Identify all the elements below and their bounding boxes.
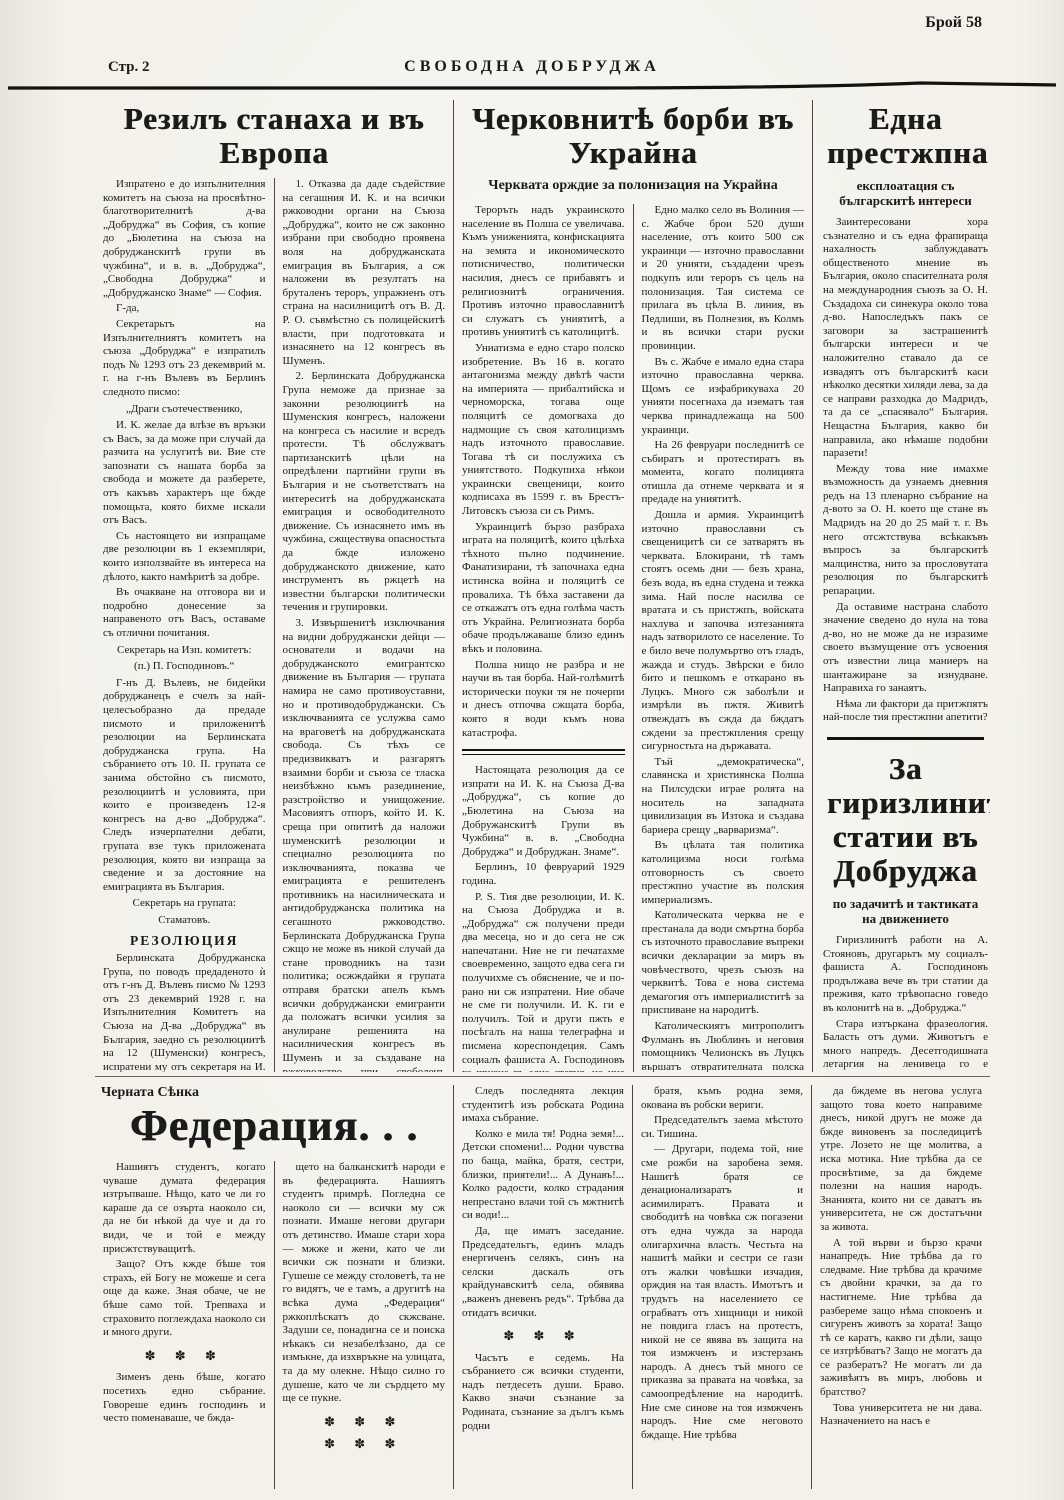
exploitation-body: Заинтересовани хора съзнателно и съ една… xyxy=(823,216,988,727)
paragraph: (п.) П. Господиновъ.“ xyxy=(103,660,266,674)
paragraph: братя, къмъ родна земя, окована въ робск… xyxy=(641,1085,803,1112)
federation-kicker: Черната Сѣнка xyxy=(101,1085,453,1101)
header-rule xyxy=(0,80,1064,94)
federation-col2: щето на балканскитѣ народи е въ федераци… xyxy=(274,1161,454,1489)
federation-col1: Нашиятъ студентъ, когато чуваше думата ф… xyxy=(95,1161,274,1489)
paragraph: ✽ ✽ ✽ xyxy=(103,1349,266,1363)
paragraph: РЕЗОЛЮЦИЯ xyxy=(103,934,266,948)
paragraph: Г-да, xyxy=(103,302,266,316)
federation-headline: Федерация. . . xyxy=(95,1103,453,1149)
page-header: Стр. 2 СВОБОДНА ДОБРУДЖА Брой 58 xyxy=(0,0,1064,86)
paragraph: Секретарь на Изп. комитетъ: xyxy=(103,644,266,658)
paragraph: Тъй „демократическа“, славянска и христи… xyxy=(642,756,805,838)
column-divider xyxy=(827,737,984,740)
federation-col3: Следъ последнята лекция студентитѣ изъ р… xyxy=(453,1085,632,1489)
paragraph: ✽ ✽ ✽ xyxy=(462,1329,624,1343)
newspaper-masthead: СВОБОДНА ДОБРУДЖА xyxy=(0,58,1064,76)
paragraph: Секретарь на групата: xyxy=(103,897,266,911)
paragraph: Г-нъ Д. Вълевъ, не бидейки добруджанецъ … xyxy=(103,677,266,895)
article-ukraine: Черковнитѣ борби въ Украйна Черквата орж… xyxy=(453,100,812,1072)
paragraph: Католическиятъ митрополитъ Фулманъ въ Лю… xyxy=(642,1020,805,1072)
article-ukraine-subhead: Черквата орждие за полонизация на Украйн… xyxy=(454,178,812,194)
paragraph: Униатизма е едно старо полско изобретени… xyxy=(462,342,625,519)
article-ukraine-col2: Едно малко село въ Волиния — с. Жабче бр… xyxy=(633,204,813,1072)
paragraph: Въ очакване на отговора ви и подробно до… xyxy=(103,586,266,640)
paragraph: На 26 февруари последнитѣ се събиратъ и … xyxy=(642,439,805,507)
paragraph: щето на балканскитѣ народи е въ федераци… xyxy=(283,1161,446,1406)
paragraph: Да, ще иматъ заседание. Председательтъ, … xyxy=(462,1225,624,1320)
paragraph: Изпратено е до изпълнителния комитетъ на… xyxy=(103,178,266,300)
article-ukraine-col1: Тероръть надъ украинското население въ П… xyxy=(454,204,633,1072)
paragraph: Берлинската Добруджанска Група, по повод… xyxy=(103,952,266,1072)
paragraph: Берлинъ, 10 февруарий 1929 година. xyxy=(462,861,625,888)
paragraph: Католическата черква не е престанала да … xyxy=(642,909,805,1018)
paragraph: 2. Берлинската Добруджанска Група неможе… xyxy=(283,370,446,615)
paragraph: 1. Отказва да даде съдействие на сегашни… xyxy=(283,178,446,368)
paragraph: „Драги съотечественико, xyxy=(103,403,266,417)
paragraph: Между това ние имахме възможность да узн… xyxy=(823,463,988,599)
paragraph: P. S. Тия две резолюции, И. К. на Съюза … xyxy=(462,891,625,1073)
bottom-section: Черната Сѣнка Федерация. . . Нашиятъ сту… xyxy=(0,1077,1064,1489)
paragraph: Гиризлинитѣ работи на А. Стояновъ, друга… xyxy=(823,934,988,1016)
article-federation-lead: Черната Сѣнка Федерация. . . Нашиятъ сту… xyxy=(95,1085,453,1489)
paragraph: А той върви и бързо крачи нанапредъ. Ние… xyxy=(820,1237,982,1400)
paragraph: Настоящата резолюция да се изпрати на И.… xyxy=(462,764,625,859)
girizli-headline: За гиризлинитѣ статии въ Добруджа xyxy=(827,752,984,888)
paragraph: Въ цѣлата тая политика католицизма носи … xyxy=(642,839,805,907)
newspaper-page: Стр. 2 СВОБОДНА ДОБРУДЖА Брой 58 Резилъ … xyxy=(0,0,1064,1500)
paragraph: Съ настоящето ви изпращаме две резолюции… xyxy=(103,530,266,584)
federation-col5: да бждеме въ негова услуга защото това к… xyxy=(811,1085,990,1489)
girizli-body: Гиризлинитѣ работи на А. Стояновъ, друга… xyxy=(823,934,988,1072)
article-ukraine-columns: Тероръть надъ украинското население въ П… xyxy=(454,204,812,1072)
paragraph: Заинтересовани хора съзнателно и съ една… xyxy=(823,216,988,461)
exploitation-subhead: експлоатация съ българскитѣ интереси xyxy=(829,178,982,208)
issue-number-label: Брой 58 xyxy=(925,14,982,32)
paragraph: Председательтъ заема мѣстото си. Тишина. xyxy=(641,1114,803,1141)
paragraph: Едно малко село въ Волиния — с. Жабче бр… xyxy=(642,204,805,354)
paragraph: Нѣма ли фактори да притжпятъ най-после т… xyxy=(823,698,988,725)
paragraph: Часътъ е седемь. На събранието сж всички… xyxy=(462,1352,624,1434)
paragraph: Украинцитѣ бързо разбраха играта на поля… xyxy=(462,521,625,657)
article-europe-col1: Изпратено е до изпълнителния комитетъ на… xyxy=(95,178,274,1072)
paragraph: Секретарьтъ на Изпълнителниятъ комитетъ … xyxy=(103,318,266,400)
article-europe-headline: Резилъ станаха и въ Европа xyxy=(99,102,449,170)
paragraph: Дошла и армия. Украинцитѣ източно правос… xyxy=(642,509,805,754)
top-section: Резилъ станаха и въ Европа Изпратено е д… xyxy=(0,86,1064,1072)
federation-lead-columns: Нашиятъ студентъ, когато чуваше думата ф… xyxy=(95,1161,453,1489)
federation-col4: братя, къмъ родна земя, окована въ робск… xyxy=(632,1085,811,1489)
paragraph: ✽ ✽ ✽ xyxy=(283,1437,446,1451)
article-europe: Резилъ станаха и въ Европа Изпратено е д… xyxy=(95,100,453,1072)
paragraph: Стара изтъркана фразеология. Баласть отъ… xyxy=(823,1018,988,1072)
article-europe-col2: 1. Отказва да даде съдействие на сегашни… xyxy=(274,178,454,1072)
paragraph: ✽ ✽ ✽ xyxy=(283,1415,446,1429)
exploitation-headline: Една престжпна xyxy=(827,102,984,170)
paragraph: И. К. желае да влѣзе въ връзки съ Васъ, … xyxy=(103,419,266,528)
paragraph: 3. Извършенитѣ изключвания на видни добр… xyxy=(283,617,446,1072)
paragraph: Въ с. Жабче е имало една стара източно п… xyxy=(642,356,805,438)
paragraph: Следъ последнята лекция студентитѣ изъ р… xyxy=(462,1085,624,1126)
right-column: Една престжпна експлоатация съ български… xyxy=(812,100,990,1072)
paragraph: да бждеме въ негова услуга защото това к… xyxy=(820,1085,982,1235)
paragraph: Колко е мила тя! Родна земя!... Детски с… xyxy=(462,1128,624,1223)
paragraph: — Другари, подема той, ние сме рожби на … xyxy=(641,1143,803,1442)
paragraph: Тероръть надъ украинското население въ П… xyxy=(462,204,625,340)
paragraph: Защо? Отъ кжде бѣше тоя страхъ, ей Богу … xyxy=(103,1258,266,1340)
article-ukraine-headline: Черковнитѣ борби въ Украйна xyxy=(458,102,808,170)
paragraph: Нашиятъ студентъ, когато чуваше думата ф… xyxy=(103,1161,266,1256)
inline-divider-rule xyxy=(462,749,625,755)
paragraph: Полша нищо не разбра и не научи въ тая б… xyxy=(462,659,625,741)
girizli-subhead: по задачитѣ и тактиката на движението xyxy=(829,896,982,926)
paragraph: Стаматовъ. xyxy=(103,914,266,928)
paragraph: Това университета не ни дава. Назначение… xyxy=(820,1402,982,1429)
article-europe-columns: Изпратено е до изпълнителния комитетъ на… xyxy=(95,178,453,1072)
paragraph: Зименъ день бѣше, когато посетихъ едно с… xyxy=(103,1371,266,1425)
paragraph: Да оставиме настрана слабото значение св… xyxy=(823,601,988,696)
